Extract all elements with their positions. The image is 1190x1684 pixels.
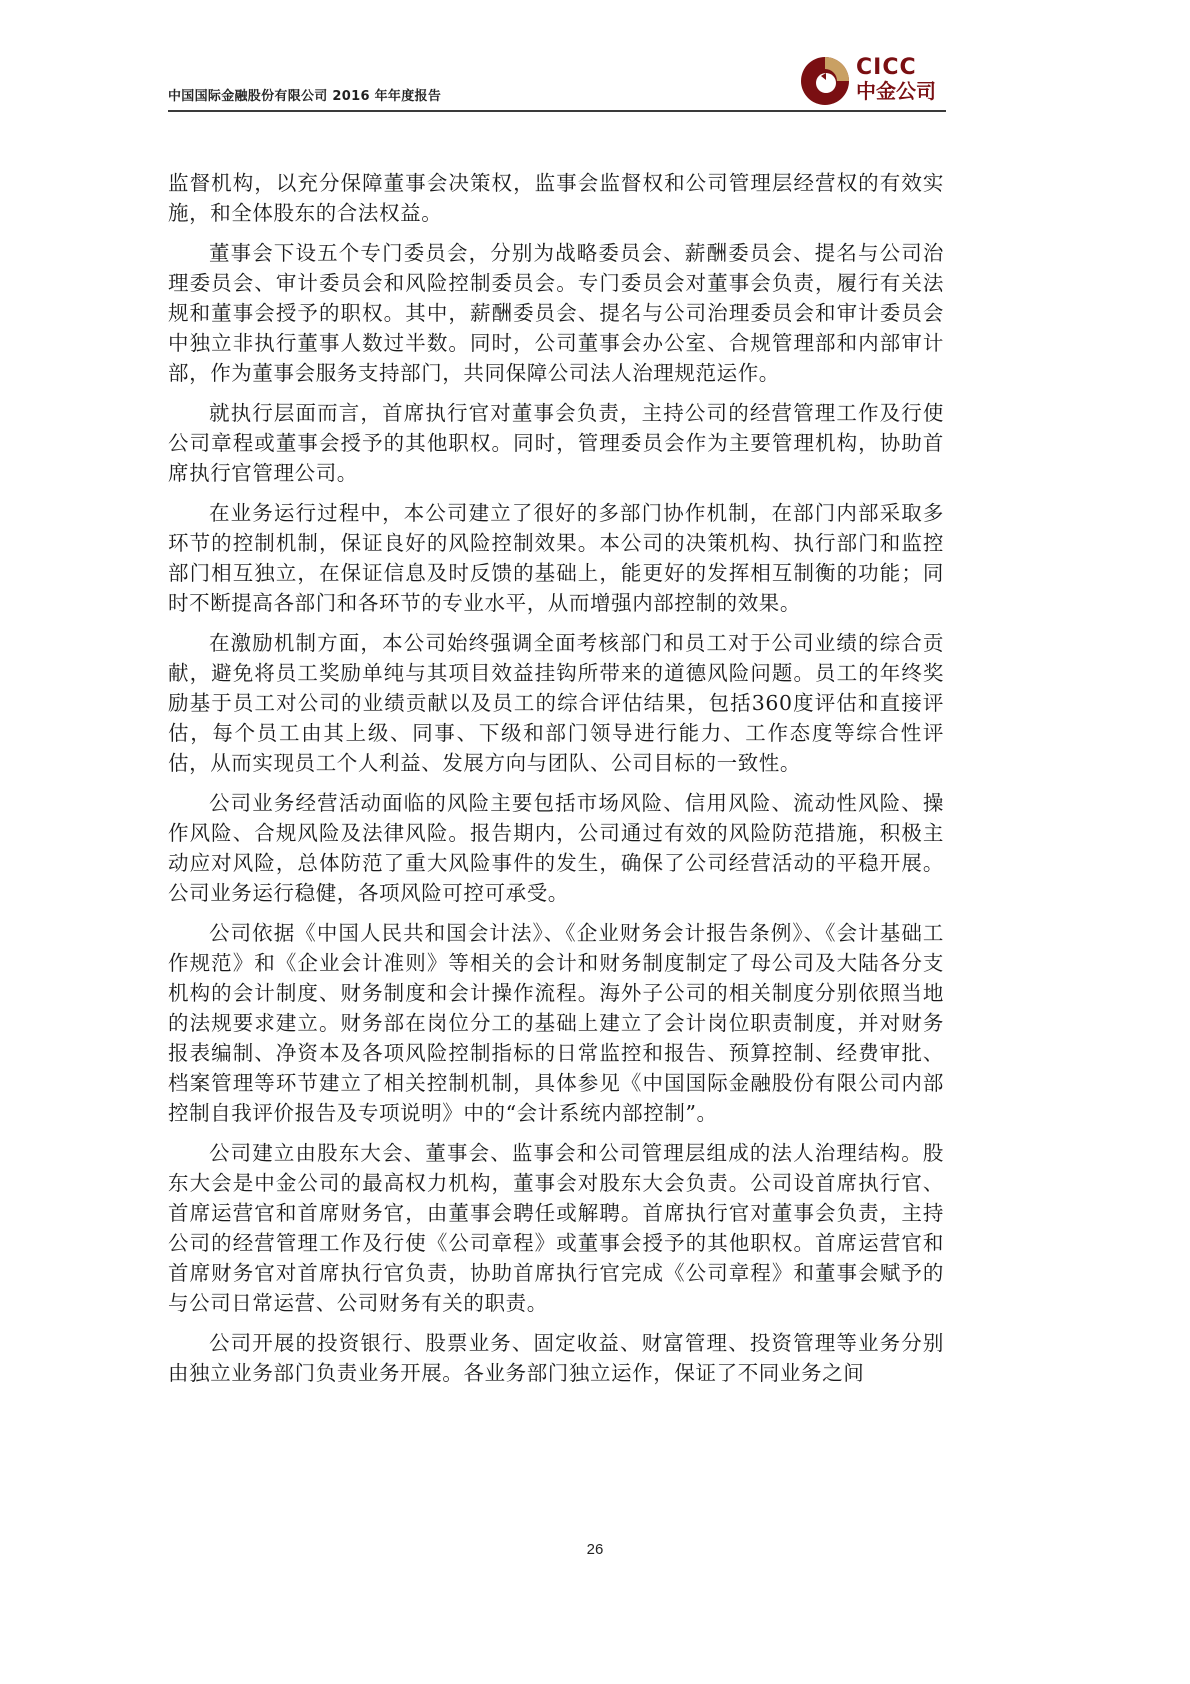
body-text: 监督机构，以充分保障董事会决策权，监事会监督权和公司管理层经营权的有效实施，和全… (168, 168, 944, 1398)
paragraph-2: 董事会下设五个专门委员会，分别为战略委员会、薪酬委员会、提名与公司治理委员会、审… (168, 238, 944, 388)
paragraph-4: 在业务运行过程中，本公司建立了很好的多部门协作机制，在部门内部采取多环节的控制机… (168, 498, 944, 618)
page-number: 26 (0, 1541, 1190, 1558)
paragraph-3: 就执行层面而言，首席执行官对董事会负责，主持公司的经营管理工作及行使公司章程或董… (168, 398, 944, 488)
logo-text-cn: 中金公司 (856, 81, 936, 101)
logo-text-en: CICC (856, 57, 936, 79)
logo-wordmark: CICC 中金公司 (856, 57, 936, 101)
paragraph-1: 监督机构，以充分保障董事会决策权，监事会监督权和公司管理层经营权的有效实施，和全… (168, 168, 944, 228)
page-header: 中国国际金融股份有限公司 2016 年年度报告 CICC 中金公司 (168, 50, 946, 112)
paragraph-6: 公司业务经营活动面临的风险主要包括市场风险、信用风险、流动性风险、操作风险、合规… (168, 788, 944, 908)
paragraph-5: 在激励机制方面，本公司始终强调全面考核部门和员工对于公司业绩的综合贡献，避免将员… (168, 628, 944, 778)
cicc-logo-icon (800, 56, 850, 106)
paragraph-9: 公司开展的投资银行、股票业务、固定收益、财富管理、投资管理等业务分别由独立业务部… (168, 1328, 944, 1388)
report-title: 中国国际金融股份有限公司 2016 年年度报告 (168, 85, 441, 104)
paragraph-7: 公司依据《中国人民共和国会计法》、《企业财务会计报告条例》、《会计基础工作规范》… (168, 918, 944, 1128)
header-divider (168, 110, 946, 112)
company-logo: CICC 中金公司 (800, 56, 946, 106)
paragraph-8: 公司建立由股东大会、董事会、监事会和公司管理层组成的法人治理结构。股东大会是中金… (168, 1138, 944, 1318)
